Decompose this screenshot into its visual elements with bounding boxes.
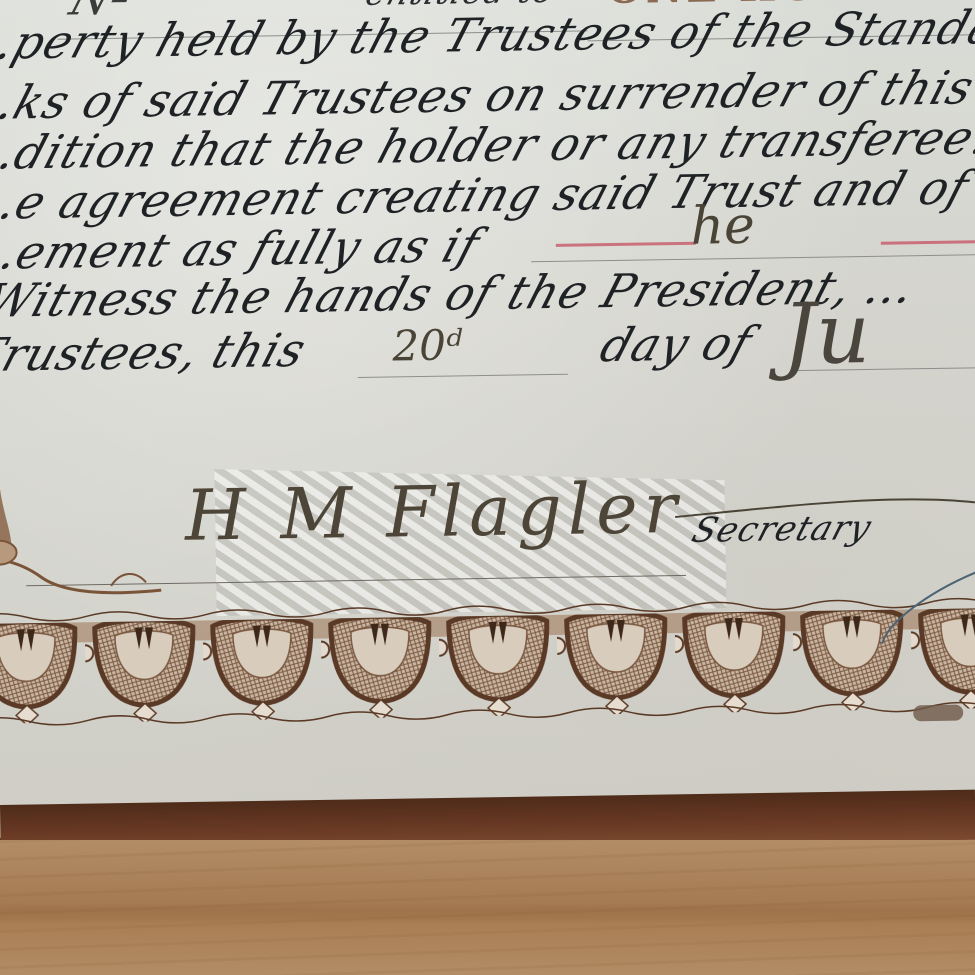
certificate-paper: Nº entitled to ONE HUND ...perty held by… <box>0 0 975 838</box>
blue-ink-stroke <box>866 562 975 664</box>
trustees-this-line: Trustees, this <box>0 323 313 382</box>
handwritten-month: Ju <box>781 284 870 383</box>
photo-scene: Nº entitled to ONE HUND ...perty held by… <box>0 0 975 975</box>
day-of-label: day of <box>594 316 759 373</box>
signature: H M Flagler <box>184 467 683 557</box>
engraver-plate-mark <box>913 705 963 722</box>
day-rule <box>358 374 568 378</box>
red-rule-left <box>556 242 696 247</box>
red-rule-right <box>881 240 975 245</box>
ornamental-border <box>0 594 975 730</box>
signature-flourish <box>675 482 975 547</box>
wood-surface <box>0 840 975 975</box>
handwritten-day: 20ᵈ <box>392 320 463 370</box>
body-line-1: ...perty held by the Trustees of the Sta… <box>0 0 975 70</box>
handwritten-pronoun: he <box>690 196 755 257</box>
corner-ornament <box>0 410 172 618</box>
